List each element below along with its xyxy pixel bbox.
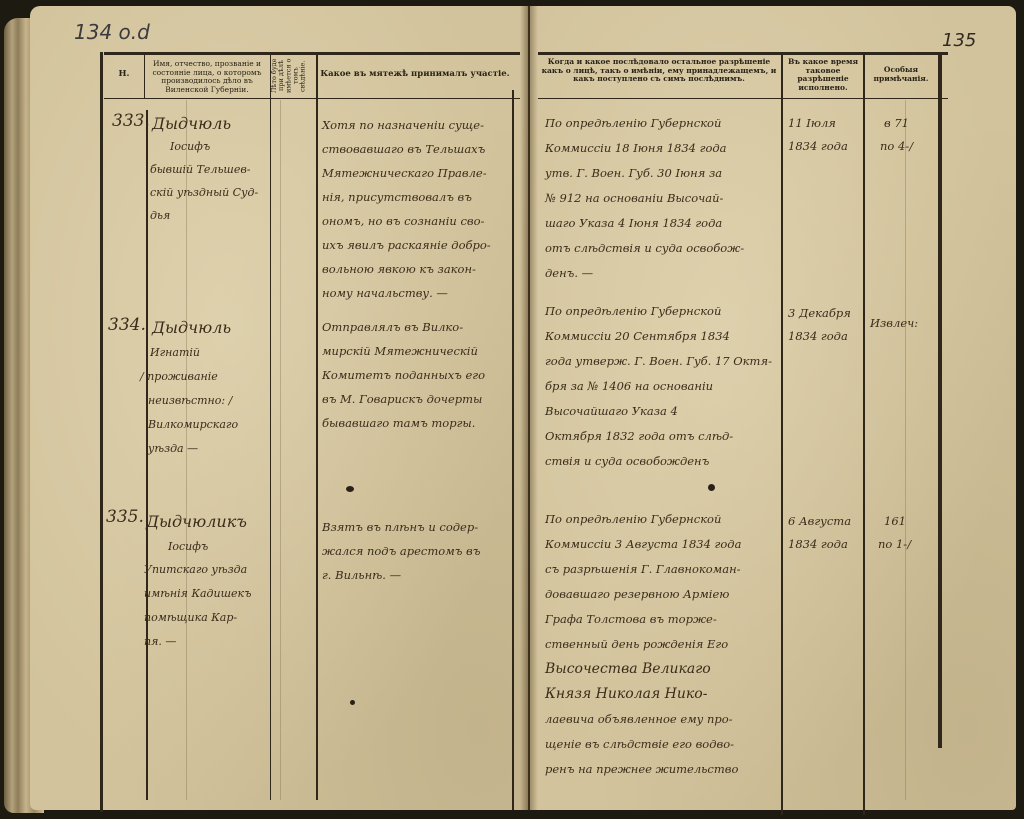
entry-participation-line: вольною явкою къ закон- — [322, 258, 476, 281]
header-col-resolution: Когда и какое послѣдовало остальное разр… — [538, 58, 780, 84]
entry-note: Извлеч: — [870, 312, 918, 335]
entry-resolution-line: Князя Николая Нико- — [545, 683, 707, 706]
entry-resolution-line: По опредѣленію Губернской — [545, 508, 721, 531]
entry-name-line: Іосифъ — [168, 535, 208, 558]
entry-resolution-line: бря за № 1406 на основаніи — [545, 375, 713, 398]
entry-number: 333. — [112, 110, 150, 133]
entry-resolution-line: утв. Г. Воен. Губ. 30 Іюня за — [545, 162, 722, 185]
entry-resolution-line: Коммиссіи 20 Сентября 1834 — [545, 325, 730, 348]
entry-executed-date: 1834 года — [788, 533, 848, 556]
entry-resolution-line: ренъ на прежнее жительство — [545, 758, 738, 781]
entry-executed-date: 6 Августа — [788, 510, 851, 533]
entry-resolution-line: лаевича объявленное ему про- — [545, 708, 733, 731]
entry-surname: Дыдчюликъ — [146, 512, 247, 532]
entry-executed-date: 3 Декабря — [788, 302, 851, 325]
entry-number: 335. — [106, 506, 144, 529]
entry-participation-line: Комитетъ поданныхъ его — [322, 364, 485, 387]
entry-resolution-line: № 912 на основаніи Высочай- — [545, 187, 723, 210]
header-col-number: Н. — [104, 70, 144, 80]
header-top-rule — [538, 52, 948, 55]
header-bottom-rule — [538, 98, 948, 99]
entry-participation-line: бывавшаго тамъ торгы. — [322, 412, 475, 435]
pinhole-stain — [350, 700, 355, 705]
entry-participation-line: Отправлялъ въ Вилко- — [322, 316, 463, 339]
entry-participation-line: ному начальству. — — [322, 282, 448, 305]
header-col-participation: Какое въ мятежѣ принималъ участіе. — [320, 70, 510, 80]
entry-surname: Дыдчюль — [152, 114, 231, 134]
entry-resolution-line: года утверж. Г. Воен. Губ. 17 Октя- — [545, 350, 772, 373]
entry-resolution-line: Коммиссіи 3 Августа 1834 года — [545, 533, 741, 556]
header-top-rule — [104, 52, 520, 55]
entry-note: в 71 — [884, 112, 909, 135]
entry-executed-date: 1834 года — [788, 325, 848, 348]
entry-resolution-line: Высочайшаго Указа 4 — [545, 400, 678, 423]
page-number: 135 — [942, 30, 976, 51]
col-divider — [512, 90, 514, 810]
entry-participation-line: въ М. Говарискъ дочерты — [322, 388, 482, 411]
entry-participation-line: г. Вильнѣ. — — [322, 564, 401, 587]
right-border-rule — [938, 55, 942, 748]
entry-note: по 4-/ — [880, 135, 913, 158]
entry-resolution-line: Высочества Великаго — [545, 658, 711, 681]
entry-participation-line: Мятежническаго Правле- — [322, 162, 487, 185]
header-col-property: Лѣто буде при дѣлѣ имѣется о томъ свѣдѣн… — [271, 56, 315, 96]
book-gutter — [520, 6, 538, 810]
entry-name-line: пя. — — [144, 630, 176, 653]
header-bottom-rule — [104, 98, 520, 99]
faint-guide — [280, 100, 281, 800]
entry-resolution-line: шаго Указа 4 Іюня 1834 года — [545, 212, 722, 235]
entry-participation-line: Взятъ въ плѣнъ и содер- — [322, 516, 478, 539]
entry-executed-date: 11 Іюля — [788, 112, 836, 135]
entry-name-line: Упитскаго уѣзда — [144, 558, 247, 581]
entry-participation-line: ствовавшаго въ Тельшахъ — [322, 138, 485, 161]
header-col-name: Имя, отчество, прозваніе и состояніе лиц… — [146, 60, 268, 95]
entry-surname: Дыдчюль — [152, 318, 231, 338]
entry-participation-line: мирскій Мятежническій — [322, 340, 478, 363]
entry-name-line: / проживаніе — [140, 365, 218, 388]
entry-name-line: бывшій Тельшев- — [150, 158, 250, 181]
entry-name-line: Вилкомирскаго — [148, 413, 238, 436]
entry-participation-line: нія, присутствовалъ въ — [322, 186, 472, 209]
entry-name-line: уѣзда — — [148, 437, 198, 460]
entry-name-line: Игнатій — [150, 341, 200, 364]
entry-resolution-line: съ разрѣшенія Г. Главнокоман- — [545, 558, 741, 581]
entry-participation-line: ономъ, но въ сознаніи сво- — [322, 210, 484, 233]
col-divider — [316, 55, 318, 800]
col-divider — [863, 55, 865, 815]
faint-guide — [905, 100, 906, 800]
entry-executed-date: 1834 года — [788, 135, 848, 158]
entry-resolution-line: По опредѣленію Губернской — [545, 112, 721, 135]
col-divider — [781, 55, 783, 815]
entry-resolution-line: Коммиссіи 18 Іюня 1834 года — [545, 137, 727, 160]
col-divider — [270, 55, 271, 800]
entry-resolution-line: денъ. — — [545, 262, 593, 285]
entry-participation-line: Хотя по назначеніи суще- — [322, 114, 484, 137]
pinhole-stain — [708, 484, 715, 491]
entry-resolution-line: отъ слѣдствія и суда освобож- — [545, 237, 744, 260]
archive-pencil-mark: 134 o.d — [74, 20, 150, 44]
entry-number: 334. — [108, 314, 146, 337]
entry-name-line: неизвѣстно: / — [148, 389, 232, 412]
entry-note: 161 — [884, 510, 906, 533]
header-col-executed: Въ какое время таковое разрѣшеніе исполн… — [783, 58, 863, 93]
entry-resolution-line: ственный день рожденія Его — [545, 633, 728, 656]
entry-resolution-line: щеніе въ слѣдствіе его водво- — [545, 733, 734, 756]
entry-resolution-line: ствія и суда освобожденъ — [545, 450, 709, 473]
entry-resolution-line: Октября 1832 года отъ слѣд- — [545, 425, 733, 448]
col-divider — [144, 55, 145, 98]
entry-resolution-line: По опредѣленію Губернской — [545, 300, 721, 323]
entry-name-line: Іосифъ — [170, 135, 210, 158]
entry-participation-line: ихъ явилъ раскаяніе добро- — [322, 234, 491, 257]
entry-name-line: скій уѣздный Суд- — [150, 181, 258, 204]
entry-resolution-line: довавшаго резервною Арміею — [545, 583, 729, 606]
entry-resolution-line: Графа Толстова въ торже- — [545, 608, 717, 631]
entry-note: по 1-/ — [878, 533, 911, 556]
open-register-book: 134 o.d 135 Н. Имя, отчество, прозваніе … — [0, 0, 1024, 819]
entry-name-line: помѣщика Кар- — [144, 606, 237, 629]
entry-name-line: дья — [150, 204, 170, 227]
entry-name-line: имѣнія Кадишекъ — [144, 582, 251, 605]
header-col-notes: Особыя примѣчанія. — [865, 66, 937, 83]
pinhole-stain — [346, 486, 354, 492]
left-border-rule — [100, 52, 103, 812]
entry-participation-line: жался подъ арестомъ въ — [322, 540, 480, 563]
